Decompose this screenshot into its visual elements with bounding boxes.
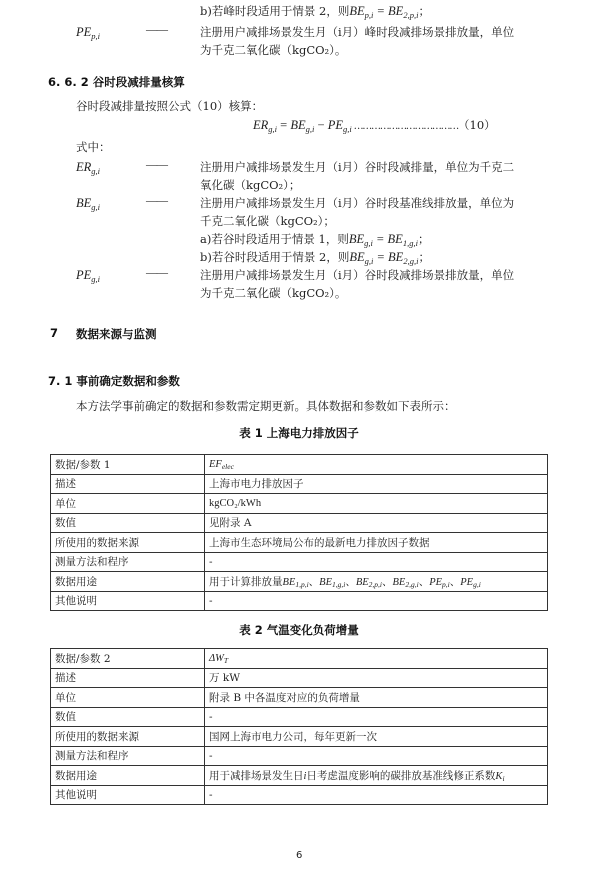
table-value: 上海市电力排放因子 bbox=[205, 474, 548, 494]
table-row: 描述 万 kW bbox=[51, 668, 548, 688]
table-key: 其他说明 bbox=[51, 785, 205, 805]
section-heading-6-6-2: 6. 6. 2 谷时段减排量核算 bbox=[48, 74, 185, 90]
definition-text-pe-g-line1: 注册用户减排场景发生月（i月）谷时段减排场景排放量，单位 bbox=[200, 267, 514, 284]
table-value: - bbox=[205, 552, 548, 572]
table-key: 所使用的数据来源 bbox=[51, 533, 205, 553]
table-value: 国网上海市电力公司，每年更新一次 bbox=[205, 727, 548, 747]
definition-text-pe-p-line1: 注册用户减排场景发生月（i月）峰时段减排场景排放量，单位 bbox=[200, 24, 514, 41]
definition-symbol-pe-g: PEg,i bbox=[76, 268, 100, 284]
definition-text-pe-p-line2: 为千克二氧化碳（kgCO₂）。 bbox=[200, 42, 346, 59]
table2-temperature-load-increment: 数据/参数 2 ΔWT 描述 万 kW 单位 附录 B 中各温度对应的负荷增量 … bbox=[50, 648, 548, 805]
table-value: - bbox=[205, 746, 548, 766]
table-value: EFelec bbox=[205, 455, 548, 475]
definition-text-er-g-line2: 氧化碳（kgCO₂）； bbox=[200, 177, 300, 194]
table-value: - bbox=[205, 707, 548, 727]
section-heading-7-number: 7 bbox=[50, 326, 58, 340]
table-value: 见附录 A bbox=[205, 513, 548, 533]
table-row: 其他说明 - bbox=[51, 785, 548, 805]
section-intro-7-1: 本方法学事前确定的数据和参数需定期更新。具体数据和参数如下表所示： bbox=[76, 398, 456, 415]
table2-caption: 表 2 气温变化负荷增量 bbox=[0, 622, 590, 638]
table-value: ΔWT bbox=[205, 649, 548, 669]
table-key: 数据/参数 1 bbox=[51, 455, 205, 475]
definition-text-be-g-line1: 注册用户减排场景发生月（i月）谷时段基准线排放量，单位为 bbox=[200, 195, 514, 212]
table-value: kgCO₂/kWh bbox=[205, 494, 548, 514]
table-row: 数据用途 用于减排场景发生日i日考虑温度影响的碳排放基准线修正系数Ki bbox=[51, 766, 548, 786]
table-row: 描述 上海市电力排放因子 bbox=[51, 474, 548, 494]
table-row: 数据/参数 1 EFelec bbox=[51, 455, 548, 475]
table-row: 单位 附录 B 中各温度对应的负荷增量 bbox=[51, 688, 548, 708]
table-key: 描述 bbox=[51, 474, 205, 494]
where-label: 式中： bbox=[76, 139, 111, 156]
table-value: 用于减排场景发生日i日考虑温度影响的碳排放基准线修正系数Ki bbox=[205, 766, 548, 786]
table-value: 附录 B 中各温度对应的负荷增量 bbox=[205, 688, 548, 708]
table-row: 测量方法和程序 - bbox=[51, 552, 548, 572]
table-row: 单位 kgCO₂/kWh bbox=[51, 494, 548, 514]
definition-symbol-pe-p: PEp,i bbox=[76, 25, 100, 41]
table-value: - bbox=[205, 591, 548, 611]
formula-leader: ……………………………… bbox=[352, 121, 458, 132]
definition-dash: —— bbox=[146, 195, 167, 207]
table-row: 测量方法和程序 - bbox=[51, 746, 548, 766]
section-heading-7-1: 7. 1 事前确定数据和参数 bbox=[48, 373, 180, 389]
table-row: 数据/参数 2 ΔWT bbox=[51, 649, 548, 669]
table-row: 所使用的数据来源 国网上海市电力公司，每年更新一次 bbox=[51, 727, 548, 747]
table-row: 所使用的数据来源 上海市生态环境局公布的最新电力排放因子数据 bbox=[51, 533, 548, 553]
definition-text-be-g-line2: 千克二氧化碳（kgCO₂）； bbox=[200, 213, 335, 230]
section-intro-6-6-2: 谷时段减排量按照公式（10）核算： bbox=[76, 98, 263, 115]
formula-expression: ERg,i = BEg,i − PEg,i bbox=[253, 118, 352, 132]
table-key: 单位 bbox=[51, 494, 205, 514]
formula-number: （10） bbox=[458, 118, 496, 132]
table-key: 数据/参数 2 bbox=[51, 649, 205, 669]
formula-10: ERg,i = BEg,i − PEg,i ………………………………（10） bbox=[253, 117, 496, 134]
definition-dash: —— bbox=[146, 24, 167, 36]
table-key: 其他说明 bbox=[51, 591, 205, 611]
definition-symbol-er-g: ERg,i bbox=[76, 160, 100, 176]
peak-case-b-line: b)若峰时段适用于情景 2，则BEp,i = BE2,p,i； bbox=[200, 3, 430, 24]
definition-symbol-be-g: BEg,i bbox=[76, 196, 100, 212]
table-key: 所使用的数据来源 bbox=[51, 727, 205, 747]
table-value: 用于计算排放量BE1,p,i、BE1,g,i、BE2,p,i、BE2,g,i、P… bbox=[205, 572, 548, 592]
table1-emission-factor: 数据/参数 1 EFelec 描述 上海市电力排放因子 单位 kgCO₂/kWh… bbox=[50, 454, 548, 611]
section-heading-7-text: 数据来源与监测 bbox=[76, 326, 157, 342]
table-row: 数值 见附录 A bbox=[51, 513, 548, 533]
table-value: 万 kW bbox=[205, 668, 548, 688]
table-row: 数据用途 用于计算排放量BE1,p,i、BE1,g,i、BE2,p,i、BE2,… bbox=[51, 572, 548, 592]
table-value: 上海市生态环境局公布的最新电力排放因子数据 bbox=[205, 533, 548, 553]
table-key: 单位 bbox=[51, 688, 205, 708]
table-key: 数值 bbox=[51, 513, 205, 533]
case-b-formula: BEp,i = BE2,p,i bbox=[349, 4, 418, 18]
definition-dash: —— bbox=[146, 267, 167, 279]
table-key: 数据用途 bbox=[51, 572, 205, 592]
table-key: 测量方法和程序 bbox=[51, 552, 205, 572]
table1-caption: 表 1 上海电力排放因子 bbox=[0, 425, 590, 441]
table-row: 其他说明 - bbox=[51, 591, 548, 611]
table-key: 测量方法和程序 bbox=[51, 746, 205, 766]
definition-dash: —— bbox=[146, 159, 167, 171]
definition-text-pe-g-line2: 为千克二氧化碳（kgCO₂）。 bbox=[200, 285, 346, 302]
table-key: 数据用途 bbox=[51, 766, 205, 786]
case-b-text: b)若峰时段适用于情景 2，则 bbox=[200, 4, 349, 18]
definition-text-er-g-line1: 注册用户减排场景发生月（i月）谷时段减排量，单位为千克二 bbox=[200, 159, 514, 176]
table-key: 数值 bbox=[51, 707, 205, 727]
page-number: 6 bbox=[296, 850, 302, 861]
table-key: 描述 bbox=[51, 668, 205, 688]
table-value: - bbox=[205, 785, 548, 805]
table-row: 数值 - bbox=[51, 707, 548, 727]
